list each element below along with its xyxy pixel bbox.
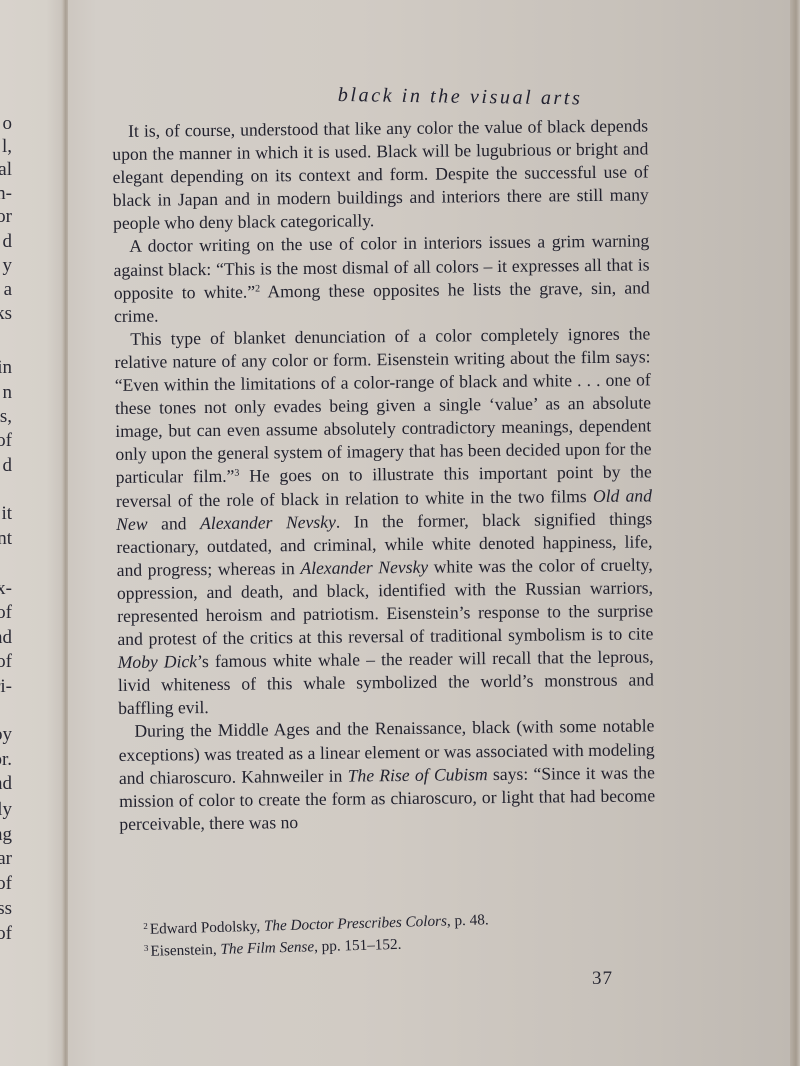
left-page-fragment: of <box>0 924 12 943</box>
left-page-fragment: y <box>3 256 13 275</box>
footnote-text: , p. 48. <box>447 911 489 929</box>
left-page-fragment: d <box>3 232 13 251</box>
left-page-fragment: nd <box>0 628 12 647</box>
italic-title: The Rise of Cubism <box>348 764 488 785</box>
left-page-line-fragments: ol,aln-ordyaksinns,ofditntx-ofndofri-oyo… <box>0 0 12 1066</box>
running-head: black in the visual arts <box>338 84 583 110</box>
left-page-fragment: of <box>0 874 12 893</box>
left-page-fragment: ar <box>0 849 12 868</box>
paragraph: During the Middle Ages and the Renaissan… <box>118 715 655 836</box>
left-page-fragment: a <box>4 280 12 299</box>
left-page-fragment: al <box>0 160 12 179</box>
left-page-fragment: ri- <box>0 677 12 696</box>
left-page-fragment: of <box>0 603 12 622</box>
left-page-fragment: ss <box>0 899 12 918</box>
body-text: It is, of course, understood that like a… <box>112 114 655 835</box>
footnote-text: , pp. 151–152. <box>314 936 402 955</box>
footnote-mark: 2 <box>143 921 148 931</box>
left-page-fragment: ly <box>0 800 12 819</box>
open-book-photo: ol,aln-ordyaksinns,ofditntx-ofndofri-oyo… <box>0 0 800 1066</box>
footnote-text: Eisenstein, <box>150 941 220 960</box>
left-page-fragment: of <box>0 431 12 450</box>
paragraph: It is, of course, understood that like a… <box>112 114 649 235</box>
paragraph-text: It is, of course, understood that like a… <box>112 115 649 233</box>
left-page-fragment: or. <box>0 750 12 769</box>
left-page-fragment: in <box>0 358 12 377</box>
paragraph: This type of blanket denunciation of a c… <box>114 322 654 720</box>
left-page-fragment: l, <box>2 137 12 156</box>
left-page-fragment: ks <box>0 304 12 323</box>
footnote-text: Edward Podolsky, <box>150 918 265 938</box>
left-page-fragment: nt <box>0 529 12 548</box>
left-page-fragment: it <box>1 504 12 523</box>
paragraph: A doctor writing on the use of color in … <box>113 230 650 328</box>
left-page-fragment: s, <box>0 407 12 426</box>
page-number: 37 <box>592 968 613 990</box>
italic-title: Alexander Nevsky <box>200 511 336 532</box>
left-page-fragment: n <box>3 383 13 402</box>
left-page-fragment: nd <box>0 774 12 793</box>
left-page: ol,aln-ordyaksinns,ofditntx-ofndofri-oyo… <box>0 0 66 1066</box>
left-page-fragment: d <box>3 456 13 475</box>
left-page-fragment: oy <box>0 725 12 744</box>
left-page-fragment: n- <box>0 184 12 203</box>
footnote-mark: 3 <box>144 943 149 953</box>
italic-title: Alexander Nevsky <box>300 556 428 577</box>
left-page-fragment: ng <box>0 825 12 844</box>
page-edge <box>790 0 800 1066</box>
italic-title: The Film Sense <box>220 938 314 958</box>
left-page-fragment: or <box>0 207 12 226</box>
italic-title: Moby Dick <box>118 651 198 672</box>
left-page-fragment: x- <box>0 579 12 598</box>
left-page-fragment: of <box>0 652 12 671</box>
paragraph-text: and <box>147 513 200 534</box>
left-page-fragment: o <box>3 114 13 133</box>
paragraph-text: ’s famous white whale – the reader will … <box>118 647 654 719</box>
